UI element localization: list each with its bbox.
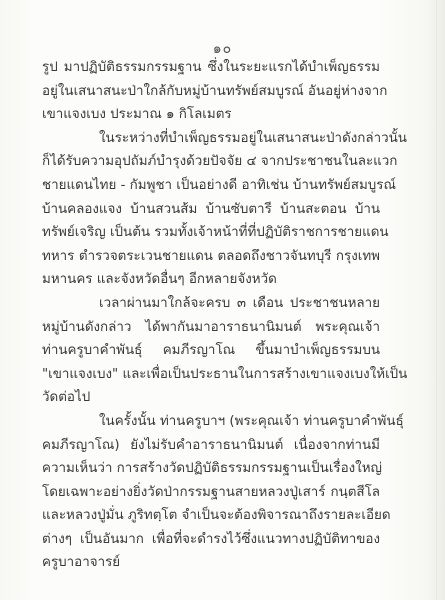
text-line: หมู่บ้านดังกล่าว ได้พากันมาอาราธนานิมนต์… <box>42 316 380 340</box>
body-text: รูป มาปฏิบัติธรรมกรรมฐาน ซึ่งในระยะแรกได… <box>42 56 380 575</box>
text-line: ทรัพย์เจริญ เป็นต้น รวมทั้งเจ้าหน้าที่ที… <box>42 221 380 245</box>
text-line: ต่างๆ เป็นอันมาก เพื่อที่จะดำรงไว้ซึ่งแน… <box>42 528 380 552</box>
text-line: ความเห็นว่า การสร้างวัดปฏิบัติธรรมกรรมฐา… <box>42 457 380 481</box>
paragraph-start-line: ในครั้งนั้น ท่านครูบาฯ (พระคุณเจ้า ท่านค… <box>42 410 380 434</box>
page-edge <box>436 0 437 600</box>
text-line: โดยเฉพาะอย่างยิ่งวัดป่ากรรมฐานสายหลวงปู่… <box>42 481 380 505</box>
paragraph-start-line: เวลาผ่านมาใกล้จะครบ ๓ เดือน ประชาชนหลาย <box>42 292 380 316</box>
text-line: รูป มาปฏิบัติธรรมกรรมฐาน ซึ่งในระยะแรกได… <box>42 56 380 80</box>
text-line: ชายแดนไทย - กัมพูชา เป็นอย่างดี อาทิเช่น… <box>42 174 380 198</box>
text-line: ท่านครูบาคำพันธุ์ คมภีรญาโณ ขึ้นมาบำเพ็ญ… <box>42 339 380 363</box>
document-page: ๑๐ รูป มาปฏิบัติธรรมกรรมฐาน ซึ่งในระยะแร… <box>0 0 445 600</box>
text-line: คมภีรญาโณ) ยังไม่รับคำอาราธนานิมนต์ เนื่… <box>42 434 380 458</box>
text-line: บ้านคลองแจง บ้านสวนส้ม บ้านซับตารี บ้านส… <box>42 198 380 222</box>
text-line: วัดต่อไป <box>42 386 380 410</box>
text-line: เขาแจงเบง ประมาณ ๑ กิโลเมตร <box>42 103 380 127</box>
text-line: อยู่ในเสนาสนะป่าใกล้กับหมู่บ้านทรัพย์สมบ… <box>42 80 380 104</box>
text-line: ครูบาอาจารย์ <box>42 551 380 575</box>
text-line: "เขาแจงเบง" และเพื่อเป็นประธานในการสร้าง… <box>42 363 380 387</box>
paragraph-start-line: ในระหว่างที่บำเพ็ญธรรมอยู่ในเสนาสนะป่าดั… <box>42 127 380 151</box>
text-line: และหลวงปู่มั่น ภูริทตฺโต จำเป็นจะต้องพิจ… <box>42 504 380 528</box>
text-line: มหานคร และจังหวัดอื่นๆ อีกหลายจังหวัด <box>42 268 380 292</box>
text-line: ทหาร ตำรวจตระเวนชายแดน ตลอดถึงชาวจันทบุร… <box>42 245 380 269</box>
text-line: ก็ได้รับความอุปถัมภ์บำรุงด้วยปัจจัย ๔ จา… <box>42 150 380 174</box>
